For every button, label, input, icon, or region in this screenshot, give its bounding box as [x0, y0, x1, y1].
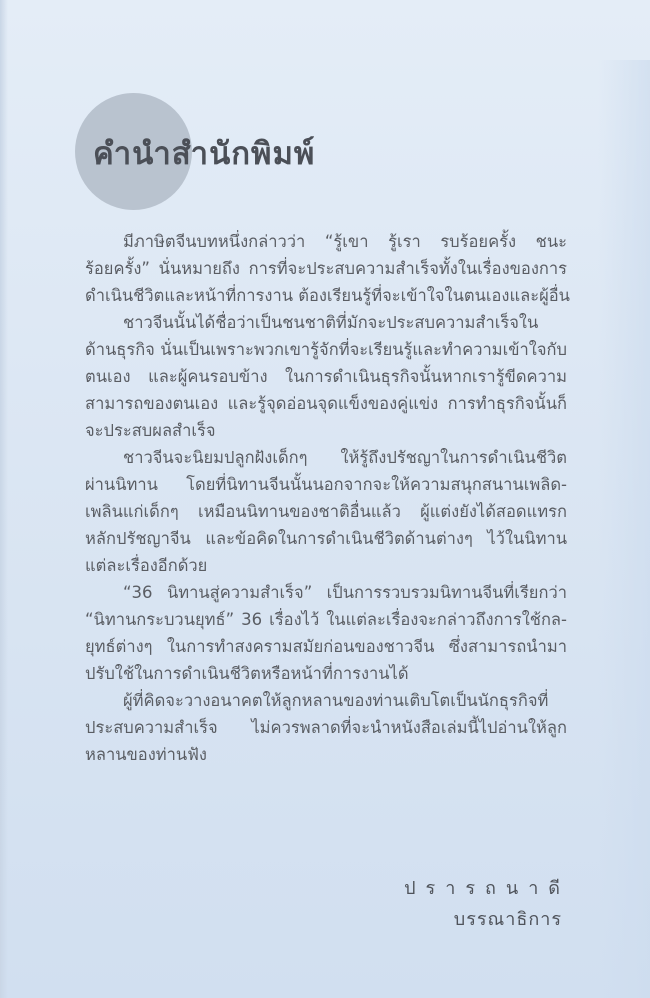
text-line: สามารถของตนเอง และรู้จุดอ่อนจุดแข็งของคู… [85, 390, 567, 417]
paragraph-5: ผู้ที่คิดจะวางอนาคตให้ลูกหลานของท่านเติบ… [85, 687, 567, 768]
text-line: ผู้ที่คิดจะวางอนาคตให้ลูกหลานของท่านเติบ… [85, 687, 567, 714]
page-edge-shadow [0, 0, 8, 998]
text-line: แต่ละเรื่องอีกด้วย [85, 552, 567, 579]
paragraph-3: ชาวจีนจะนิยมปลูกฝังเด็กๆ ให้รู้ถึงปรัชญา… [85, 444, 567, 579]
facing-page-edge [598, 60, 650, 998]
text-line: ชาวจีนจะนิยมปลูกฝังเด็กๆ ให้รู้ถึงปรัชญา… [85, 444, 567, 471]
text-line: ด้านธุรกิจ นั่นเป็นเพราะพวกเขารู้จักที่จ… [85, 336, 567, 363]
text-line: “นิทานกระบวนยุทธ์” 36 เรื่องไว้ ในแต่ละเ… [85, 606, 567, 633]
foreword-body: มีภาษิตจีนบทหนึ่งกล่าวว่า “รู้เขา รู้เรา… [85, 228, 567, 768]
paragraph-2: ชาวจีนนั้นได้ชื่อว่าเป็นชนชาติที่มักจะปร… [85, 309, 567, 444]
text-line: ปรับใช้ในการดำเนินชีวิตหรือหน้าที่การงาน… [85, 660, 567, 687]
paragraph-1: มีภาษิตจีนบทหนึ่งกล่าวว่า “รู้เขา รู้เรา… [85, 228, 567, 309]
text-line: ผ่านนิทาน โดยที่นิทานจีนนั้นนอกจากจะให้ค… [85, 471, 567, 498]
text-line: เพลินแก่เด็กๆ เหมือนนิทานของชาติอื่นแล้ว… [85, 498, 567, 525]
page-title: คำนำสำนักพิมพ์ [93, 128, 315, 178]
text-line: ตนเอง และผู้คนรอบข้าง ในการดำเนินธุรกิจน… [85, 363, 567, 390]
text-line: หลักปรัชญาจีน และข้อคิดในการดำเนินชีวิตด… [85, 525, 567, 552]
text-line: ประสบความสำเร็จ ไม่ควรพลาดที่จะนำหนังสือ… [85, 714, 567, 741]
text-line: ยุทธ์ต่างๆ ในการทำสงครามสมัยก่อนของชาวจี… [85, 633, 567, 660]
paragraph-4: “36 นิทานสู่ความสำเร็จ” เป็นการรวบรวมนิท… [85, 579, 567, 687]
text-line: มีภาษิตจีนบทหนึ่งกล่าวว่า “รู้เขา รู้เรา… [85, 228, 567, 255]
text-line: ร้อยครั้ง” นั่นหมายถึง การที่จะประสบความ… [85, 255, 567, 282]
text-line: ชาวจีนนั้นได้ชื่อว่าเป็นชนชาติที่มักจะปร… [85, 309, 567, 336]
signature-editor: บรรณาธิการ [454, 904, 562, 933]
text-line: จะประสบผลสำเร็จ [85, 417, 567, 444]
text-line: “36 นิทานสู่ความสำเร็จ” เป็นการรวบรวมนิท… [85, 579, 567, 606]
text-line: ดำเนินชีวิตและหน้าที่การงาน ต้องเรียนรู้… [85, 282, 567, 309]
signature-closing: ปรารถนาดี [404, 873, 570, 902]
text-line: หลานของท่านฟัง [85, 741, 567, 768]
